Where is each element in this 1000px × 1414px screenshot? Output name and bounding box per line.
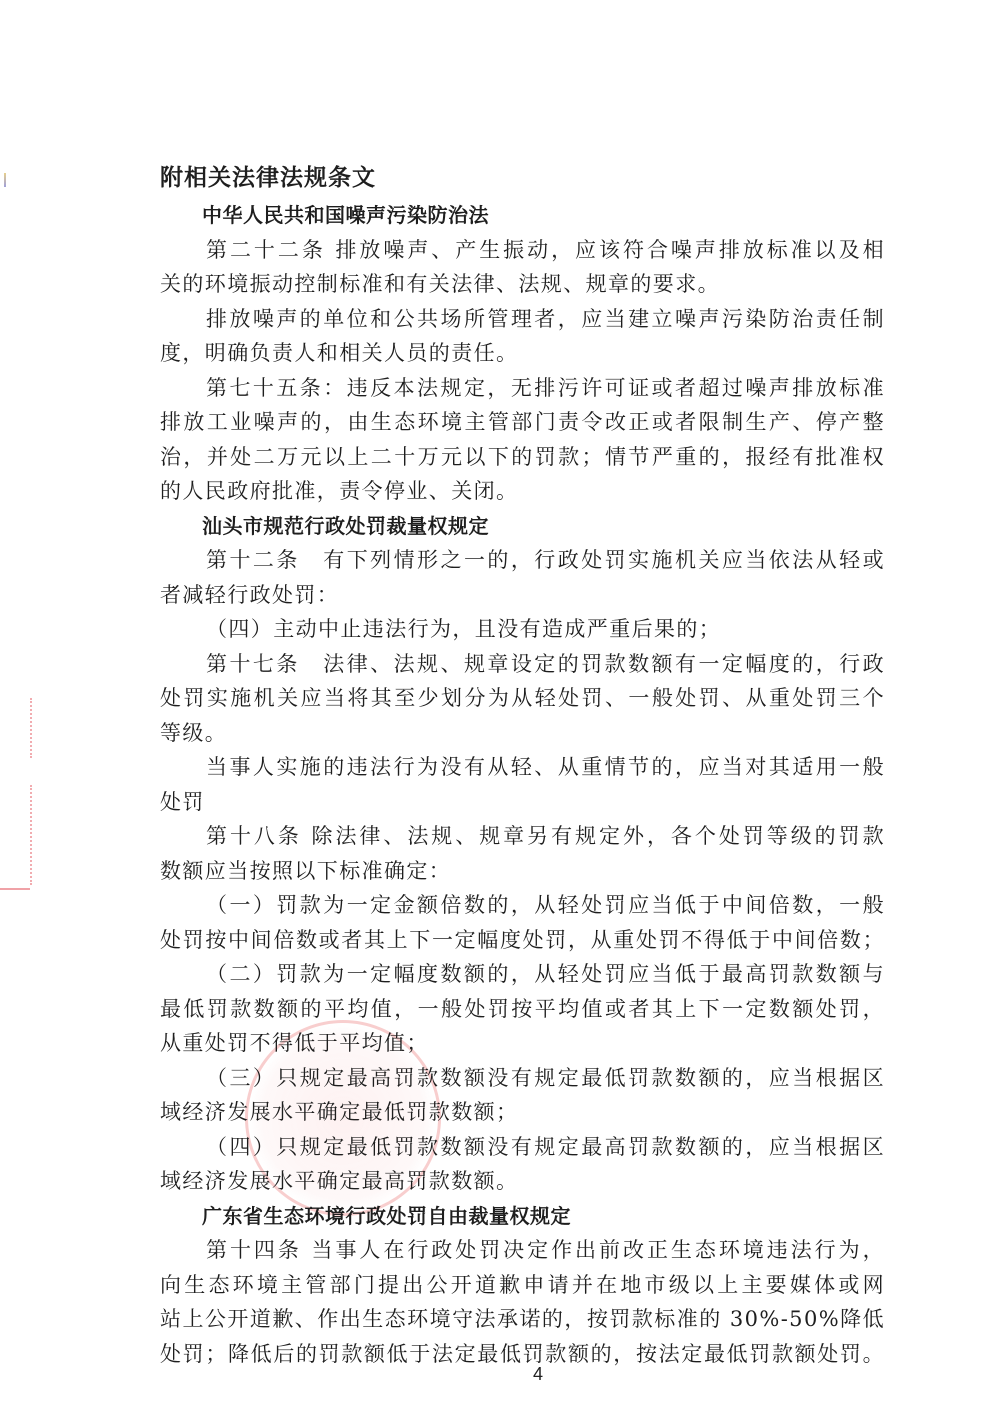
paragraph-line: 等级。 [160,716,885,751]
paragraph-line: 数额应当按照以下标准确定： [160,854,885,889]
paragraph-line: 处罚实施机关应当将其至少划分为从轻处罚、一般处罚、从重处罚三个 [160,681,885,716]
paragraph-line: 第十四条 当事人在行政处罚决定作出前改正生态环境违法行为， [160,1233,885,1268]
paragraph-line: 最低罚款数额的平均值，一般处罚按平均值或者其上下一定数额处罚， [160,992,885,1027]
paragraph-line: 第十八条 除法律、法规、规章另有规定外，各个处罚等级的罚款 [160,819,885,854]
section-heading-noise-law: 中华人民共和国噪声污染防治法 [160,198,885,233]
seal-fragment [0,880,30,890]
paragraph-line: （二）罚款为一定幅度数额的，从轻处罚应当低于最高罚款数额与 [160,957,885,992]
seal-fragment [0,698,32,758]
paragraph-line: 的人民政府批准，责令停业、关闭。 [160,474,885,509]
paragraph-line: 从重处罚不得低于平均值； [160,1026,885,1061]
paragraph-line: 第十二条 有下列情形之一的，行政处罚实施机关应当依法从轻或 [160,543,885,578]
document-body: 附相关法律法规条文 中华人民共和国噪声污染防治法 第二十二条 排放噪声、产生振动… [160,158,885,1371]
section-heading-guangdong-rules: 广东省生态环境行政处罚自由裁量权规定 [160,1199,885,1234]
paragraph-line: （一）罚款为一定金额倍数的，从轻处罚应当低于中间倍数，一般 [160,888,885,923]
paragraph-line: 处罚按中间倍数或者其上下一定幅度处罚，从重处罚不得低于中间倍数； [160,923,885,958]
paragraph-line: 当事人实施的违法行为没有从轻、从重情节的，应当对其适用一般 [160,750,885,785]
paragraph-line: 排放工业噪声的，由生态环境主管部门责令改正或者限制生产、停产整 [160,405,885,440]
paragraph-line: 度，明确负责人和相关人员的责任。 [160,336,885,371]
section-heading-shantou-rules: 汕头市规范行政处罚裁量权规定 [160,509,885,544]
seal-fragment [0,785,32,885]
document-page: 附相关法律法规条文 中华人民共和国噪声污染防治法 第二十二条 排放噪声、产生振动… [0,0,1000,1414]
paragraph-line: 域经济发展水平确定最低罚款数额； [160,1095,885,1130]
paragraph-line: 第二十二条 排放噪声、产生振动，应该符合噪声排放标准以及相 [160,233,885,268]
page-number: 4 [533,1364,543,1385]
paragraph-line: （四）只规定最低罚款数额没有规定最高罚款数额的，应当根据区 [160,1130,885,1165]
paragraph-line: 第十七条 法律、法规、规章设定的罚款数额有一定幅度的，行政 [160,647,885,682]
paragraph-line: 治，并处二万元以上二十万元以下的罚款；情节严重的，报经有批准权 [160,440,885,475]
paragraph-line: （三）只规定最高罚款数额没有规定最低罚款数额的，应当根据区 [160,1061,885,1096]
paragraph-line: 域经济发展水平确定最高罚款数额。 [160,1164,885,1199]
paragraph-line: 站上公开道歉、作出生态环境守法承诺的，按罚款标准的 30%-50%降低 [160,1302,885,1337]
paragraph-line: 向生态环境主管部门提出公开道歉申请并在地市级以上主要媒体或网 [160,1268,885,1303]
paragraph-line: 处罚；降低后的罚款额低于法定最低罚款额的，按法定最低罚款额处罚。 [160,1337,885,1372]
paragraph-line: 者减轻行政处罚： [160,578,885,613]
paragraph-line: 处罚 [160,785,885,820]
paragraph-line: 第七十五条：违反本法规定，无排污许可证或者超过噪声排放标准 [160,371,885,406]
scan-artifact [4,173,6,187]
document-title: 附相关法律法规条文 [160,158,885,198]
paragraph-line: （四）主动中止违法行为，且没有造成严重后果的； [160,612,885,647]
paragraph-line: 关的环境振动控制标准和有关法律、法规、规章的要求。 [160,267,885,302]
paragraph-line: 排放噪声的单位和公共场所管理者，应当建立噪声污染防治责任制 [160,302,885,337]
